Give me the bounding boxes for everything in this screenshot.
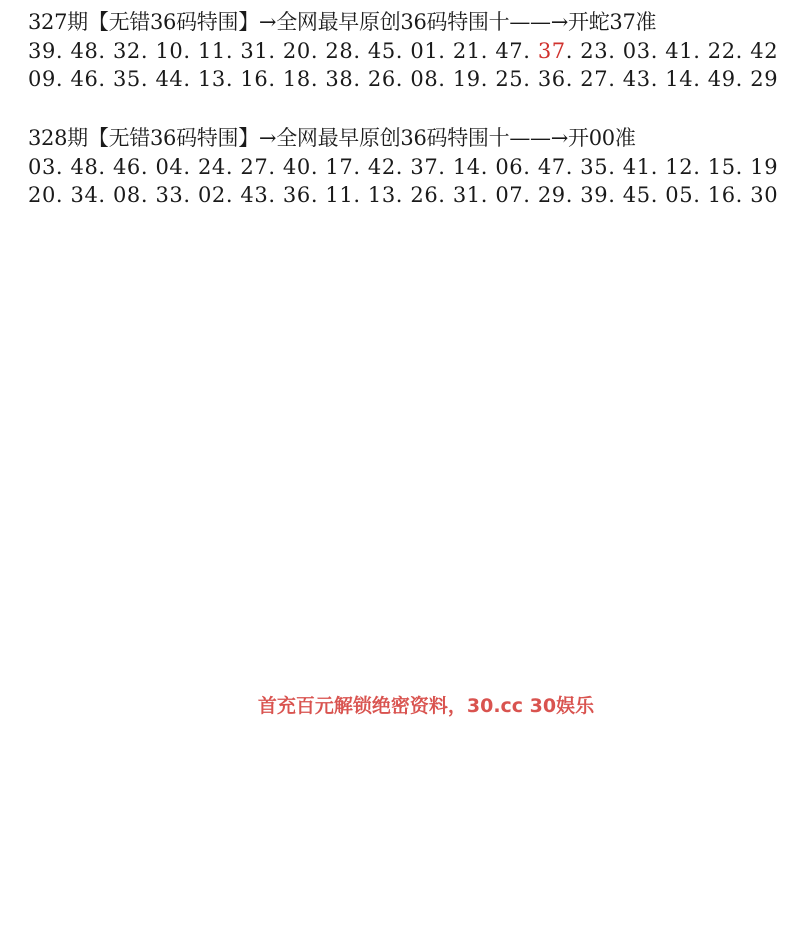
number-value: 48 xyxy=(70,155,98,179)
dot-separator: . xyxy=(226,155,241,179)
dot-separator: . xyxy=(98,183,113,207)
number-row: 03. 48. 46. 04. 24. 27. 40. 17. 42. 37. … xyxy=(28,153,800,181)
dot-separator: . xyxy=(353,155,368,179)
dot-separator: . xyxy=(481,155,496,179)
number-value: 20 xyxy=(283,39,311,63)
dot-separator: . xyxy=(693,183,708,207)
number-value: 26 xyxy=(410,183,438,207)
number-value: 35 xyxy=(113,67,141,91)
dot-separator: . xyxy=(56,39,71,63)
number-value: 31 xyxy=(240,39,268,63)
number-value: 37 xyxy=(410,155,438,179)
number-value: 35 xyxy=(580,155,608,179)
dot-separator: . xyxy=(183,39,198,63)
dot-separator: . xyxy=(98,155,113,179)
period-328-block: 328期【无错36码特围】→全网最早原创36码特围十——→开00准 03. 48… xyxy=(28,124,800,209)
dot-separator: . xyxy=(736,67,751,91)
dot-separator: . xyxy=(141,39,156,63)
number-value: 48 xyxy=(70,39,98,63)
number-value: 16 xyxy=(240,67,268,91)
number-value: 46 xyxy=(113,155,141,179)
number-value: 41 xyxy=(665,39,693,63)
dot-separator: . xyxy=(353,39,368,63)
number-value: 47 xyxy=(538,155,566,179)
dot-separator: . xyxy=(523,155,538,179)
number-value: 34 xyxy=(70,183,98,207)
number-value: 27 xyxy=(580,67,608,91)
number-value: 25 xyxy=(495,67,523,91)
number-value: 23 xyxy=(580,39,608,63)
number-value: 15 xyxy=(708,155,736,179)
number-value: 13 xyxy=(368,183,396,207)
number-value: 21 xyxy=(453,39,481,63)
dot-separator: . xyxy=(523,67,538,91)
dot-separator: . xyxy=(311,155,326,179)
dot-separator: . xyxy=(141,155,156,179)
dot-separator: . xyxy=(693,155,708,179)
period-title: 328期【无错36码特围】→全网最早原创36码特围十——→开00准 xyxy=(28,124,800,153)
dot-separator: . xyxy=(608,155,623,179)
dot-separator: . xyxy=(523,183,538,207)
number-value: 18 xyxy=(283,67,311,91)
number-value: 32 xyxy=(113,39,141,63)
dot-separator: . xyxy=(396,183,411,207)
dot-separator: . xyxy=(481,183,496,207)
dot-separator: . xyxy=(396,67,411,91)
number-value: 39 xyxy=(580,183,608,207)
number-value: 33 xyxy=(155,183,183,207)
number-value: 27 xyxy=(240,155,268,179)
dot-separator: . xyxy=(268,39,283,63)
document-page: 327期【无错36码特围】→全网最早原创36码特围十——→开蛇37准 39. 4… xyxy=(0,0,800,945)
number-value: 14 xyxy=(453,155,481,179)
number-value: 19 xyxy=(750,155,778,179)
dot-separator: . xyxy=(438,183,453,207)
dot-separator: . xyxy=(268,155,283,179)
dot-separator: . xyxy=(481,39,496,63)
dot-separator: . xyxy=(481,67,496,91)
dot-separator: . xyxy=(268,183,283,207)
dot-separator: . xyxy=(268,67,283,91)
dot-separator: . xyxy=(693,39,708,63)
dot-separator: . xyxy=(608,39,623,63)
number-value: 29 xyxy=(538,183,566,207)
dot-separator: . xyxy=(651,39,666,63)
dot-separator: . xyxy=(226,67,241,91)
dot-separator: . xyxy=(353,67,368,91)
number-value: 45 xyxy=(368,39,396,63)
dot-separator: . xyxy=(56,183,71,207)
number-row: 20. 34. 08. 33. 02. 43. 36. 11. 13. 26. … xyxy=(28,181,800,209)
number-value: 26 xyxy=(368,67,396,91)
dot-separator: . xyxy=(183,183,198,207)
number-value: 43 xyxy=(240,183,268,207)
number-value: 28 xyxy=(325,39,353,63)
number-value: 43 xyxy=(623,67,651,91)
dot-separator: . xyxy=(651,183,666,207)
dot-separator: . xyxy=(608,67,623,91)
number-value: 08 xyxy=(113,183,141,207)
number-row: 39. 48. 32. 10. 11. 31. 20. 28. 45. 01. … xyxy=(28,37,800,65)
number-value: 13 xyxy=(198,67,226,91)
number-value: 03 xyxy=(623,39,651,63)
number-value: 44 xyxy=(155,67,183,91)
number-value: 02 xyxy=(198,183,226,207)
dot-separator: . xyxy=(183,155,198,179)
number-value: 30 xyxy=(750,183,778,207)
dot-separator: . xyxy=(651,155,666,179)
number-value: 11 xyxy=(198,39,226,63)
number-value: 19 xyxy=(453,67,481,91)
number-value: 22 xyxy=(708,39,736,63)
dot-separator: . xyxy=(438,155,453,179)
number-value: 20 xyxy=(28,183,56,207)
number-value: 12 xyxy=(665,155,693,179)
dot-separator: . xyxy=(353,183,368,207)
period-title: 327期【无错36码特围】→全网最早原创36码特围十——→开蛇37准 xyxy=(28,8,800,37)
number-value: 40 xyxy=(283,155,311,179)
dot-separator: . xyxy=(523,39,538,63)
dot-separator: . xyxy=(438,67,453,91)
dot-separator: . xyxy=(608,183,623,207)
number-value: 03 xyxy=(28,155,56,179)
number-value: 45 xyxy=(623,183,651,207)
number-value: 16 xyxy=(708,183,736,207)
number-value: 46 xyxy=(70,67,98,91)
number-value: 47 xyxy=(495,39,523,63)
number-value: 29 xyxy=(750,67,778,91)
dot-separator: . xyxy=(566,183,581,207)
dot-separator: . xyxy=(226,183,241,207)
dot-separator: . xyxy=(566,39,581,63)
dot-separator: . xyxy=(311,183,326,207)
number-value: 01 xyxy=(410,39,438,63)
dot-separator: . xyxy=(693,67,708,91)
number-value: 14 xyxy=(665,67,693,91)
number-value: 04 xyxy=(155,155,183,179)
dot-separator: . xyxy=(183,67,198,91)
dot-separator: . xyxy=(311,39,326,63)
dot-separator: . xyxy=(736,155,751,179)
dot-separator: . xyxy=(438,39,453,63)
dot-separator: . xyxy=(736,183,751,207)
dot-separator: . xyxy=(56,67,71,91)
dot-separator: . xyxy=(311,67,326,91)
number-row: 09. 46. 35. 44. 13. 16. 18. 38. 26. 08. … xyxy=(28,65,800,93)
number-value: 38 xyxy=(325,67,353,91)
number-value: 36 xyxy=(283,183,311,207)
number-value: 39 xyxy=(28,39,56,63)
number-value: 49 xyxy=(708,67,736,91)
dot-separator: . xyxy=(98,67,113,91)
number-value: 24 xyxy=(198,155,226,179)
number-value: 36 xyxy=(538,67,566,91)
dot-separator: . xyxy=(566,67,581,91)
number-value: 17 xyxy=(325,155,353,179)
number-value: 08 xyxy=(410,67,438,91)
highlighted-number: 37 xyxy=(538,39,566,63)
dot-separator: . xyxy=(396,155,411,179)
number-value: 41 xyxy=(623,155,651,179)
number-value: 10 xyxy=(155,39,183,63)
number-value: 31 xyxy=(453,183,481,207)
dot-separator: . xyxy=(651,67,666,91)
dot-separator: . xyxy=(226,39,241,63)
number-value: 06 xyxy=(495,155,523,179)
number-value: 42 xyxy=(750,39,778,63)
promo-banner-text[interactable]: 首充百元解锁绝密资料，30.cc 30娱乐 xyxy=(0,693,800,719)
dot-separator: . xyxy=(396,39,411,63)
number-value: 11 xyxy=(325,183,353,207)
dot-separator: . xyxy=(98,39,113,63)
dot-separator: . xyxy=(736,39,751,63)
dot-separator: . xyxy=(141,67,156,91)
dot-separator: . xyxy=(566,155,581,179)
number-value: 05 xyxy=(665,183,693,207)
dot-separator: . xyxy=(141,183,156,207)
number-value: 07 xyxy=(495,183,523,207)
period-327-block: 327期【无错36码特围】→全网最早原创36码特围十——→开蛇37准 39. 4… xyxy=(28,8,800,93)
number-value: 42 xyxy=(368,155,396,179)
number-value: 09 xyxy=(28,67,56,91)
dot-separator: . xyxy=(56,155,71,179)
